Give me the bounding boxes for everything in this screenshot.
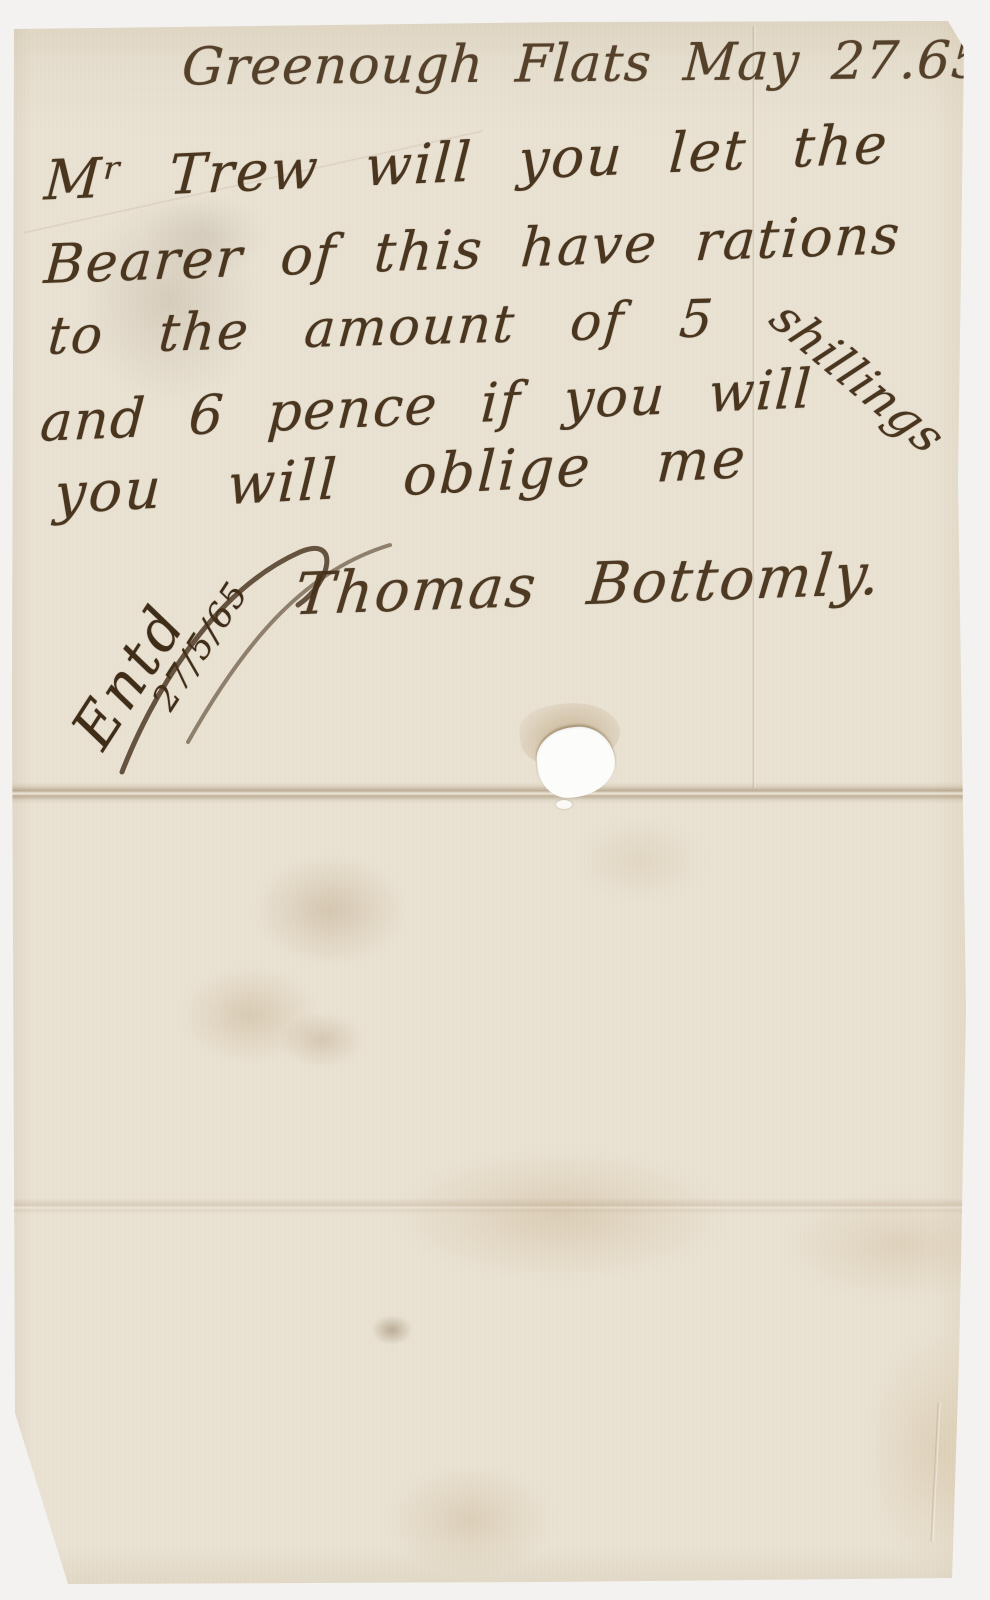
scanned-letter: Greenough Flats May 27.65 Mʳ Trew will y… bbox=[0, 0, 990, 1600]
letter-paper: Greenough Flats May 27.65 Mʳ Trew will y… bbox=[0, 0, 990, 1600]
fold-crease-horizontal bbox=[0, 782, 990, 804]
entered-annotation: Entd 27/5/65 bbox=[58, 488, 378, 832]
fold-crease-secondary bbox=[0, 1198, 990, 1214]
signature: Thomas Bottomly. bbox=[292, 540, 886, 629]
paper-hole-speck bbox=[556, 800, 572, 809]
letter-line-2: Bearer of this have rations bbox=[42, 203, 903, 296]
letter-dateline: Greenough Flats May 27.65 bbox=[180, 30, 987, 97]
letter-line-1: Mʳ Trew will you let the bbox=[42, 111, 890, 212]
letter-line-3: to the amount of 5 bbox=[46, 289, 717, 367]
paper-edge-crack bbox=[930, 1402, 940, 1542]
